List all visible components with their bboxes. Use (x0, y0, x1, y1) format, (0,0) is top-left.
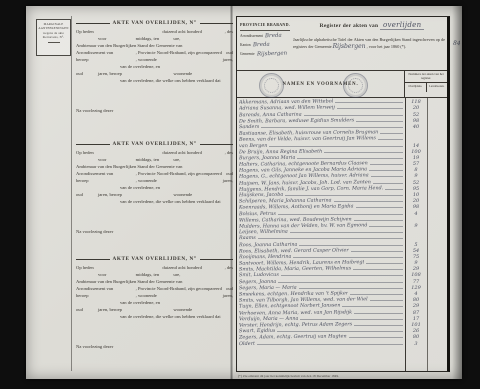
row-leader-flourish (261, 124, 403, 128)
numbers-header-label: Nommers der akten van het register. (405, 71, 447, 83)
table-header: NAMEN EN VOORNAMEN. Nommers der akten va… (237, 71, 447, 98)
register-header: PROVINCIE BRABAND. Arrondissement Breda … (237, 17, 447, 71)
arrondissement-label: Arrondissement (240, 32, 263, 41)
form-title: AKTE VAN OVERLIJDEN, N° (113, 257, 197, 262)
subcol-overlijdens: Overlijdens. (405, 83, 427, 92)
row-leader-flourish (297, 155, 403, 159)
form-line-8: van de overledene, die welke ons hebben … (76, 200, 233, 207)
line4-oud: oud (226, 51, 233, 56)
row-leader-flourish (356, 118, 403, 122)
form-line-8: van de overledene, die welke ons hebben … (76, 315, 233, 322)
row-leader-flourish (258, 235, 403, 239)
marginal-notes-rule (48, 42, 60, 43)
line2-middags: middags, ten (136, 158, 159, 163)
row-leader-flourish (354, 322, 403, 326)
marginal-notes-line: hiernevens, N°. (38, 35, 69, 39)
row-leader-flourish (354, 310, 403, 314)
row-leader-flourish (300, 316, 403, 320)
line2-ure: ure, (173, 37, 180, 42)
line1-des: , des (225, 30, 233, 35)
row-leader-flourish (278, 211, 403, 215)
row-leader-flourish (277, 328, 403, 332)
row-leader-flourish (342, 303, 403, 307)
entry-name-handwritten: Oldert (239, 340, 255, 346)
row-leader-flourish (257, 341, 403, 345)
line5-beroep: beroep (76, 294, 89, 299)
line5-woonende: , woonende (136, 179, 157, 184)
line7-woonende: woonende (173, 308, 192, 313)
name-rows: Akkermans, Adriaan van den Wittebol118Ad… (239, 99, 447, 347)
line5-jaren: jaren, (223, 58, 233, 63)
register-title: Register der akten van overlijden (303, 21, 441, 29)
row-leader-flourish (371, 173, 403, 177)
row-leader-flourish (356, 204, 403, 208)
line2-middags: middags, ten (136, 37, 159, 42)
heading-rule-right (200, 144, 234, 145)
line5-woonende: , woonende (136, 58, 157, 63)
line2-middags: middags, ten (136, 273, 159, 278)
form-title: AKTE VAN OVERLIJDEN, N° (113, 142, 197, 147)
line4-provincie: , Provincie Noord-Braband, zijn gecompar… (136, 287, 222, 292)
scanned-sheet: MARGINALE AANTEEKENINGEN wegens de akte … (26, 6, 462, 379)
margin-column-rule (71, 16, 72, 371)
form-line-8: van de overledene, die welke ons hebben … (76, 79, 233, 86)
round-stamp-icon (343, 73, 368, 98)
form-heading-row: AKTE VAN OVERLIJDEN, N° (76, 21, 233, 26)
line2-voor: voor (98, 37, 106, 42)
row-leader-flourish (350, 291, 403, 295)
line7-oud: oud (76, 193, 83, 198)
numbers-column-header: Nommers der akten van het register. Over… (405, 71, 447, 98)
form-heading-row: AKTE VAN OVERLIJDEN, N° (76, 142, 233, 147)
line7-jaren-beroep: jaren, beroep (98, 308, 122, 313)
row-leader-flourish (351, 248, 403, 252)
line4-provincie: , Provincie Noord-Braband, zijn gecompar… (136, 172, 222, 177)
subcol-levenloozen: Levenloozen. (427, 83, 448, 92)
form-closing-line: Na voorlezing dezer (76, 230, 113, 235)
row-leader-flourish (290, 229, 403, 233)
line2-voor: voor (98, 273, 106, 278)
line4-arrondissement: Arrondissement van (76, 287, 113, 292)
heading-rule-left (76, 259, 110, 260)
line6-overledene-en: van de overledene, en (120, 301, 160, 306)
line3-ambtenaar: Ambtenaar van den Burgerlijken Stand der… (76, 280, 182, 285)
line6-overledene-en: van de overledene, en (120, 186, 160, 191)
line1-des: , des (225, 266, 233, 271)
province-label: PROVINCIE BRABAND. (240, 20, 290, 31)
line7-woonende: woonende (173, 72, 192, 77)
act-number-overlijdens: 3 (405, 341, 427, 347)
row-leader-flourish (299, 285, 403, 289)
line5-beroep: beroep (76, 179, 89, 184)
heading-rule-right (200, 23, 234, 24)
scanned-registry-spread: { "left": { "margin_box": { "l1": "MARGI… (0, 0, 480, 389)
row-leader-flourish (366, 260, 403, 264)
row-leader-flourish (281, 272, 403, 276)
line1-duizend: duizend acht honderd (162, 266, 202, 271)
form-title: AKTE VAN OVERLIJDEN, N° (113, 21, 197, 26)
round-stamp-icon (259, 73, 284, 98)
line1-des: , des (225, 151, 233, 156)
heading-rule-right (200, 259, 234, 260)
line7-oud: oud (76, 72, 83, 77)
right-page-register-table: PROVINCIE BRABAND. Arrondissement Breda … (236, 16, 450, 372)
gemeente-value-handwritten: Rijsbergen (256, 49, 286, 59)
table-body: Akkermans, Adriaan van den Wittebol118Ad… (237, 98, 447, 371)
page-edge-shadow (452, 6, 462, 379)
gemeente-label: Gemeente (240, 50, 255, 59)
row-leader-flourish (324, 149, 403, 153)
line1-op-heden: Op heden (76, 266, 94, 271)
row-leader-flourish (369, 223, 403, 227)
kanton-value-handwritten: Breda (252, 41, 269, 51)
line4-oud: oud (226, 287, 233, 292)
row-leader-flourish (370, 297, 403, 301)
footnote: (*) Zie omtrent dit jaar het koninklijk … (238, 374, 339, 378)
row-leader-flourish (385, 186, 403, 190)
subtitle-gemeente-handwritten: Rijsbergen (333, 43, 366, 50)
admin-row-gemeente: Gemeente Rijsbergen (240, 50, 302, 59)
line2-ure: ure, (173, 273, 180, 278)
line2-ure: ure, (173, 158, 180, 163)
register-row: Oldert3 (239, 340, 447, 346)
line5-jaren: jaren, (223, 294, 233, 299)
row-leader-flourish (378, 136, 403, 140)
line8-verklaard: van de overledene, die welke ons hebben … (120, 200, 221, 205)
numbers-subcolumns: Overlijdens. Levenloozen. (405, 83, 447, 92)
line4-provincie: , Provincie Noord-Braband, zijn gecompar… (136, 51, 222, 56)
line7-jaren-beroep: jaren, beroep (98, 193, 122, 198)
line5-woonende: , woonende (136, 294, 157, 299)
row-leader-flourish (304, 112, 403, 116)
line7-oud: oud (76, 308, 83, 313)
row-leader-flourish (285, 192, 403, 196)
heading-rule-left (76, 144, 110, 145)
row-leader-flourish (334, 198, 403, 202)
line1-op-heden: Op heden (76, 30, 94, 35)
kanton-label: Kanton (240, 41, 251, 50)
line6-overledene-en: van de overledene, en (120, 65, 160, 70)
line4-arrondissement: Arrondissement van (76, 172, 113, 177)
row-leader-flourish (335, 99, 403, 103)
form-closing-line: Na voorlezing dezer (76, 109, 113, 114)
line4-oud: oud (226, 172, 233, 177)
form-heading-row: AKTE VAN OVERLIJDEN, N° (76, 257, 233, 262)
row-leader-flourish (269, 143, 403, 147)
death-certificate-form: AKTE VAN OVERLIJDEN, N° Op heden duizend… (76, 142, 233, 238)
line5-beroep: beroep (76, 58, 89, 63)
line7-jaren-beroep: jaren, beroep (98, 72, 122, 77)
row-leader-flourish (349, 334, 403, 338)
row-leader-flourish (354, 217, 403, 221)
line1-duizend: duizend acht honderd (162, 151, 202, 156)
line3-ambtenaar: Ambtenaar van den Burgerlijken Stand der… (76, 44, 182, 49)
row-leader-flourish (380, 130, 403, 134)
heading-rule-left (76, 23, 110, 24)
line4-arrondissement: Arrondissement van (76, 51, 113, 56)
left-page-death-acts: MARGINALE AANTEEKENINGEN wegens de akte … (30, 10, 230, 375)
line2-voor: voor (98, 158, 106, 163)
line1-op-heden: Op heden (76, 151, 94, 156)
row-leader-flourish (369, 167, 403, 171)
line5-jaren: jaren, (223, 179, 233, 184)
death-certificate-form: AKTE VAN OVERLIJDEN, N° Op heden duizend… (76, 257, 233, 353)
death-certificate-form: AKTE VAN OVERLIJDEN, N° Op heden duizend… (76, 21, 233, 117)
line3-ambtenaar: Ambtenaar van den Burgerlijken Stand der… (76, 165, 182, 170)
names-column-header: NAMEN EN VOORNAMEN. (237, 71, 405, 98)
line7-woonende: woonende (173, 193, 192, 198)
line8-verklaard: van de overledene, die welke ons hebben … (120, 79, 221, 84)
form-closing-line: Na voorlezing dezer (76, 345, 113, 350)
row-leader-flourish (293, 254, 403, 258)
row-leader-flourish (353, 266, 403, 270)
line1-duizend: duizend acht honderd (162, 30, 202, 35)
subtitle-year: , voor het jaar 1860 (*). (367, 44, 407, 49)
row-leader-flourish (299, 242, 403, 246)
register-title-prefix: Register der akten van (320, 23, 379, 29)
marginal-notes-box: MARGINALE AANTEEKENINGEN wegens de akte … (36, 19, 71, 56)
line8-verklaard: van de overledene, die welke ons hebben … (120, 315, 221, 320)
row-leader-flourish (370, 161, 403, 165)
row-leader-flourish (337, 105, 403, 109)
row-leader-flourish (278, 279, 403, 283)
register-subtitle: Jaarlijksche alphabetische Tafel der Akt… (293, 37, 445, 50)
row-leader-flourish (373, 180, 403, 184)
register-type-handwritten: overlijden (380, 21, 424, 30)
